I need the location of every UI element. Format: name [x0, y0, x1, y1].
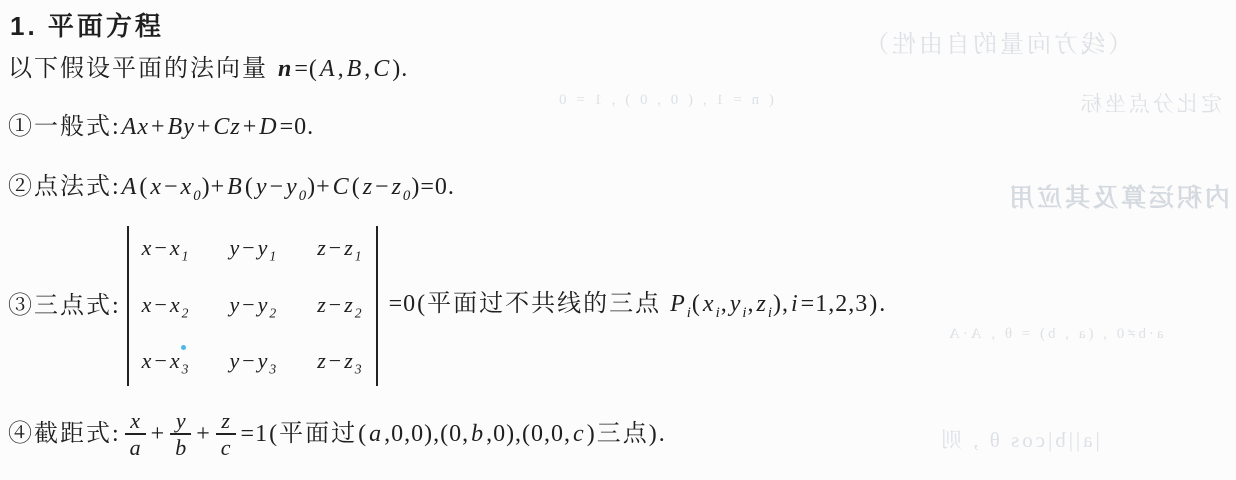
text-run: i: [790, 291, 800, 317]
bleedthrough-text: |a||b|cos θ , 则: [938, 424, 1100, 454]
fraction: zc: [216, 408, 236, 461]
text-run: x: [180, 174, 194, 200]
text-run: −: [153, 235, 168, 260]
intercept-form-line: ④截距式:xa+yb+zc=1(平面过(a,0,0),(0,b,0),(0,0,…: [8, 398, 667, 470]
subscript: 2: [182, 305, 189, 320]
text-run: y: [257, 348, 270, 373]
text-run: ).: [869, 291, 887, 317]
text-run: C: [372, 56, 391, 82]
text-run: Ax: [121, 114, 150, 140]
ink-speck: [181, 345, 186, 350]
text-run: x: [169, 235, 182, 260]
text-run: −: [328, 348, 343, 373]
text-run: y: [228, 235, 241, 260]
text-run: z: [391, 174, 403, 200]
text-run: A: [319, 56, 337, 82]
determinant-cell: y−y3: [228, 347, 276, 377]
subscript: 0: [193, 188, 200, 204]
subscript: 1: [269, 249, 276, 264]
fraction-denominator: b: [170, 435, 191, 460]
subscript: 2: [355, 305, 362, 320]
text-run: By: [167, 114, 196, 140]
text-run: y: [257, 292, 270, 317]
text-run: (: [244, 174, 255, 200]
subscript: 1: [355, 249, 362, 264]
three-point-form-line: ③三点式: x−x1y−y1z−z1x−x2y−y2z−z2x−x3y−y3z−…: [8, 228, 887, 384]
text-run: z: [316, 235, 328, 260]
text-run: n: [276, 56, 293, 82]
text-run: =1,2,3: [800, 291, 870, 317]
text-run: −: [374, 174, 391, 200]
determinant-cell: z−z1: [316, 234, 361, 264]
determinant-cell: z−z3: [316, 347, 361, 377]
text-run: y: [729, 291, 743, 317]
text-run: A: [121, 174, 139, 200]
text-run: 三点).: [597, 419, 667, 449]
text-run: +: [242, 114, 259, 140]
determinant-cell: z−z2: [316, 291, 361, 321]
subscript: 2: [269, 305, 276, 320]
text-run: x: [169, 348, 182, 373]
text-run: ,: [363, 56, 372, 82]
text-run: −: [153, 348, 168, 373]
text-run: x: [141, 292, 154, 317]
text-run: C: [332, 174, 351, 200]
text-run: +: [195, 419, 212, 449]
bleedthrough-text: a·b≠0 , (a , b) = θ , A·A: [946, 326, 1164, 343]
section-title: 1. 平面方程: [10, 6, 164, 43]
text-run: +: [196, 114, 213, 140]
text-run: ,: [337, 56, 346, 82]
text-run: z: [343, 292, 355, 317]
fraction: xa: [125, 408, 146, 461]
text-run: c: [572, 419, 586, 449]
fraction-numerator: x: [125, 408, 146, 435]
text-run: )+: [306, 174, 332, 200]
fraction-denominator: c: [216, 435, 236, 460]
fraction-numerator: y: [170, 408, 191, 435]
point-normal-form-line: ②点法式:A(x−x0)+B(y−y0)+C(z−z0)=0.: [8, 172, 456, 205]
text-run: (: [691, 291, 702, 317]
text-run: (平面过不共线的三点: [417, 291, 669, 317]
scanned-textbook-page: （线方向量的自由性）( n = 1 , ( 0 , 0 ) , 1 = 0定比分…: [0, 0, 1236, 480]
text-run: (: [351, 174, 362, 200]
text-run: x: [149, 174, 163, 200]
subscript: i: [742, 305, 746, 321]
determinant-cell: y−y1: [228, 234, 276, 264]
text-run: z: [362, 174, 374, 200]
text-run: ③三点式:: [8, 293, 121, 319]
text-run: −: [153, 292, 168, 317]
determinant-cell: x−x1: [141, 234, 189, 264]
determinant-cell: x−x3: [141, 347, 189, 377]
text-run: y: [228, 348, 241, 373]
text-run: −: [241, 235, 256, 260]
text-run: =0: [388, 291, 418, 317]
text-run: 以下假设平面的法向量: [8, 56, 276, 82]
text-run: P: [669, 291, 687, 317]
text-run: x: [141, 348, 154, 373]
text-run: y: [257, 235, 270, 260]
text-run: B: [226, 174, 244, 200]
text-run: Cz: [212, 114, 241, 140]
determinant-cell: x−x2: [141, 291, 189, 321]
text-run: ): [586, 419, 597, 449]
text-run: ),: [772, 291, 790, 317]
three-point-label: ③三点式:: [8, 291, 121, 321]
text-run: z: [316, 348, 328, 373]
bleedthrough-text: ( n = 1 , ( 0 , 0 ) , 1 = 0: [556, 92, 774, 109]
text-run: =1: [240, 419, 270, 449]
text-run: z: [756, 291, 768, 317]
three-point-tail: =0(平面过不共线的三点 Pi(xi,yi,zi),i=1,2,3).: [388, 289, 888, 322]
text-run: ,0,0),(0,: [383, 419, 470, 449]
text-run: z: [343, 235, 355, 260]
general-form-line: ①一般式:Ax+By+Cz+D=0.: [8, 112, 315, 142]
text-run: =(: [293, 56, 319, 82]
text-run: +: [150, 114, 167, 140]
subscript: 3: [269, 362, 276, 377]
intro-line: 以下假设平面的法向量 n=(A,B,C).: [8, 54, 409, 84]
text-run: −: [328, 235, 343, 260]
text-run: ).: [391, 56, 409, 82]
text-run: x: [169, 292, 182, 317]
text-run: y: [285, 174, 299, 200]
text-run: x: [702, 291, 716, 317]
text-run: B: [346, 56, 364, 82]
subscript: 3: [182, 362, 189, 377]
text-run: y: [255, 174, 269, 200]
text-run: ,0),(0,0,: [485, 419, 572, 449]
text-run: −: [241, 348, 256, 373]
text-run: −: [269, 174, 286, 200]
text-run: =0.: [279, 114, 316, 140]
text-run: −: [328, 292, 343, 317]
subscript: 1: [182, 249, 189, 264]
text-run: ①一般式:: [8, 114, 121, 140]
text-run: x: [141, 235, 154, 260]
fraction-denominator: a: [125, 435, 146, 460]
bleedthrough-text: 内积运算及其应用: [1006, 178, 1230, 214]
bleedthrough-text: （线方向量的自由性）: [862, 24, 1132, 59]
determinant-matrix: x−x1y−y1z−z1x−x2y−y2z−z2x−x3y−y3z−z3: [127, 226, 378, 385]
bleedthrough-text: 定比分点坐标: [1078, 88, 1222, 118]
text-run: (平面过: [269, 419, 357, 449]
text-run: D: [258, 114, 278, 140]
fraction: yb: [170, 408, 191, 461]
fraction-numerator: z: [216, 408, 236, 435]
text-run: )=0.: [410, 174, 456, 200]
text-run: ,: [747, 291, 756, 317]
text-run: (: [138, 174, 149, 200]
text-run: +: [150, 419, 167, 449]
text-run: −: [163, 174, 180, 200]
text-run: y: [228, 292, 241, 317]
text-run: ④截距式:: [8, 419, 121, 449]
text-run: )+: [201, 174, 227, 200]
text-run: z: [343, 348, 355, 373]
text-run: z: [316, 292, 328, 317]
determinant-cell: y−y2: [228, 291, 276, 321]
text-run: a: [368, 419, 383, 449]
text-run: ,: [720, 291, 729, 317]
subscript: 3: [355, 362, 362, 377]
text-run: (: [357, 419, 368, 449]
text-run: −: [241, 292, 256, 317]
text-run: b: [470, 419, 485, 449]
text-run: ②点法式:: [8, 174, 121, 200]
